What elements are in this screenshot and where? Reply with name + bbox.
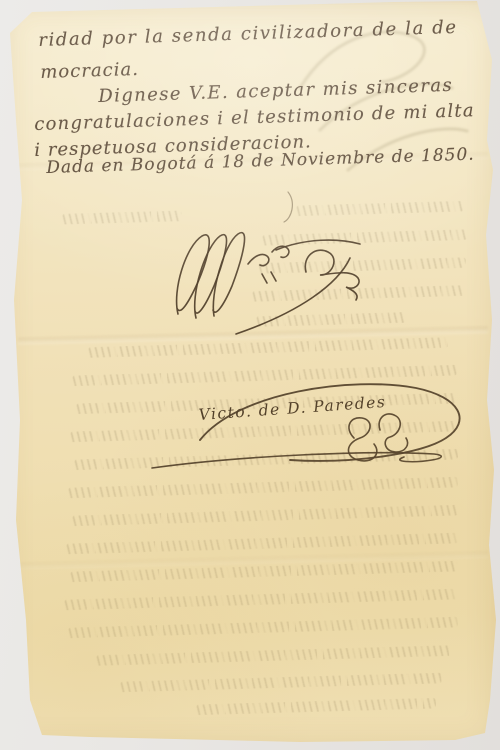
- bleedthrough-line: [70, 561, 458, 583]
- bleedthrough-line: [68, 617, 458, 639]
- signature-lopez: [160, 210, 390, 340]
- bleedthrough-line: [72, 505, 458, 527]
- manuscript-line: mocracia.: [40, 59, 139, 83]
- bleedthrough-line: [120, 673, 442, 693]
- bleedthrough-line: [64, 589, 458, 611]
- bleedthrough-line: [66, 533, 458, 555]
- bleedthrough-line: [196, 698, 436, 716]
- signature-paredes-rubric: [138, 376, 473, 491]
- photo-background: ridad por la senda civilizadora de la de…: [0, 0, 500, 750]
- bleedthrough-line: [96, 645, 452, 666]
- manuscript-page: ridad por la senda civilizadora de la de…: [0, 0, 500, 750]
- bleedthrough-line: [88, 337, 448, 358]
